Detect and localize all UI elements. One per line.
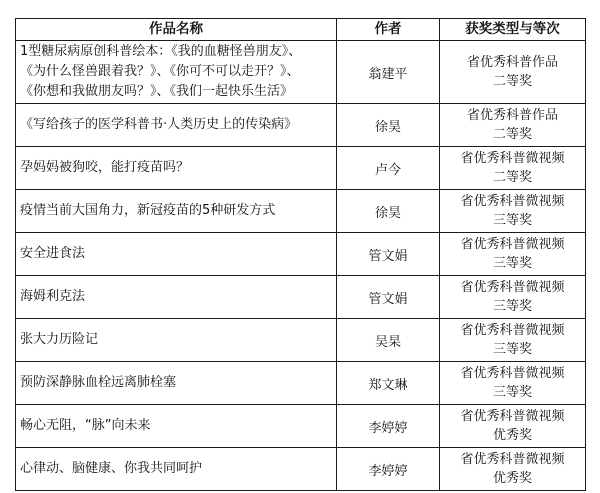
- header-award: 获奖类型与等次: [440, 19, 586, 41]
- award-level: 二等奖: [440, 168, 585, 187]
- header-row: 作品名称 作者 获奖类型与等次: [16, 19, 586, 41]
- author-cell: 徐昊: [337, 104, 440, 147]
- award-level: 二等奖: [440, 125, 585, 144]
- award-table: 作品名称 作者 获奖类型与等次 1型糖尿病原创科普绘本：《我的血糖怪兽朋友》、 …: [15, 18, 586, 491]
- author-cell: 李婷婷: [337, 448, 440, 491]
- award-cell: 省优秀科普微视频 三等奖: [440, 319, 586, 362]
- author-cell: 李婷婷: [337, 405, 440, 448]
- award-type: 省优秀科普微视频: [440, 407, 585, 426]
- table-row: 海姆利克法 管文娟 省优秀科普微视频 三等奖: [16, 276, 586, 319]
- author-cell: 翁建平: [337, 41, 440, 104]
- award-cell: 省优秀科普微视频 二等奖: [440, 147, 586, 190]
- award-cell: 省优秀科普微视频 三等奖: [440, 276, 586, 319]
- award-level: 三等奖: [440, 297, 585, 316]
- author-cell: 郑文琳: [337, 362, 440, 405]
- work-name-cell: 1型糖尿病原创科普绘本：《我的血糖怪兽朋友》、 《为什么怪兽跟着我？》、《你可不…: [16, 41, 337, 104]
- award-level: 三等奖: [440, 211, 585, 230]
- award-level: 优秀奖: [440, 426, 585, 445]
- work-name-line: 1型糖尿病原创科普绘本：《我的血糖怪兽朋友》、: [20, 42, 336, 62]
- table-row: 安全进食法 管文娟 省优秀科普微视频 三等奖: [16, 233, 586, 276]
- work-name-cell: 安全进食法: [16, 233, 337, 276]
- award-type: 省优秀科普作品: [440, 106, 585, 125]
- work-name-cell: 预防深静脉血栓远离肺栓塞: [16, 362, 337, 405]
- work-name-cell: 孕妈妈被狗咬，能打疫苗吗？: [16, 147, 337, 190]
- award-level: 二等奖: [440, 72, 585, 91]
- award-cell: 省优秀科普微视频 三等奖: [440, 362, 586, 405]
- award-level: 优秀奖: [440, 469, 585, 488]
- award-level: 三等奖: [440, 383, 585, 402]
- award-type: 省优秀科普微视频: [440, 149, 585, 168]
- work-name-line: 《为什么怪兽跟着我？》、《你可不可以走开？》、: [20, 62, 336, 82]
- award-type: 省优秀科普微视频: [440, 321, 585, 340]
- award-level: 三等奖: [440, 254, 585, 273]
- work-name-cell: 心律动、脑健康、你我共同呵护: [16, 448, 337, 491]
- award-type: 省优秀科普微视频: [440, 192, 585, 211]
- award-type: 省优秀科普微视频: [440, 235, 585, 254]
- table-row: 《写给孩子的医学科普书·人类历史上的传染病》 徐昊 省优秀科普作品 二等奖: [16, 104, 586, 147]
- table-row: 心律动、脑健康、你我共同呵护 李婷婷 省优秀科普微视频 优秀奖: [16, 448, 586, 491]
- table-row: 畅心无阻，“脉”向未来 李婷婷 省优秀科普微视频 优秀奖: [16, 405, 586, 448]
- author-cell: 卢今: [337, 147, 440, 190]
- table-row: 预防深静脉血栓远离肺栓塞 郑文琳 省优秀科普微视频 三等奖: [16, 362, 586, 405]
- award-type: 省优秀科普微视频: [440, 278, 585, 297]
- work-name-cell: 张大力历险记: [16, 319, 337, 362]
- award-cell: 省优秀科普作品 二等奖: [440, 104, 586, 147]
- author-cell: 管文娟: [337, 276, 440, 319]
- header-work-name: 作品名称: [16, 19, 337, 41]
- table-row: 疫情当前大国角力，新冠疫苗的5种研发方式 徐昊 省优秀科普微视频 三等奖: [16, 190, 586, 233]
- work-name-cell: 海姆利克法: [16, 276, 337, 319]
- work-name-line: 《你想和我做朋友吗？》、《我们一起快乐生活》: [20, 82, 336, 102]
- header-author: 作者: [337, 19, 440, 41]
- award-type: 省优秀科普微视频: [440, 364, 585, 383]
- work-name-cell: 畅心无阻，“脉”向未来: [16, 405, 337, 448]
- author-cell: 管文娟: [337, 233, 440, 276]
- award-type: 省优秀科普微视频: [440, 450, 585, 469]
- award-level: 三等奖: [440, 340, 585, 359]
- work-name-cell: 疫情当前大国角力，新冠疫苗的5种研发方式: [16, 190, 337, 233]
- table-row: 孕妈妈被狗咬，能打疫苗吗？ 卢今 省优秀科普微视频 二等奖: [16, 147, 586, 190]
- work-name-cell: 《写给孩子的医学科普书·人类历史上的传染病》: [16, 104, 337, 147]
- author-cell: 吴杲: [337, 319, 440, 362]
- award-cell: 省优秀科普作品 二等奖: [440, 41, 586, 104]
- table-row: 1型糖尿病原创科普绘本：《我的血糖怪兽朋友》、 《为什么怪兽跟着我？》、《你可不…: [16, 41, 586, 104]
- table-row: 张大力历险记 吴杲 省优秀科普微视频 三等奖: [16, 319, 586, 362]
- award-type: 省优秀科普作品: [440, 53, 585, 72]
- award-cell: 省优秀科普微视频 优秀奖: [440, 448, 586, 491]
- award-cell: 省优秀科普微视频 三等奖: [440, 233, 586, 276]
- award-cell: 省优秀科普微视频 三等奖: [440, 190, 586, 233]
- award-cell: 省优秀科普微视频 优秀奖: [440, 405, 586, 448]
- author-cell: 徐昊: [337, 190, 440, 233]
